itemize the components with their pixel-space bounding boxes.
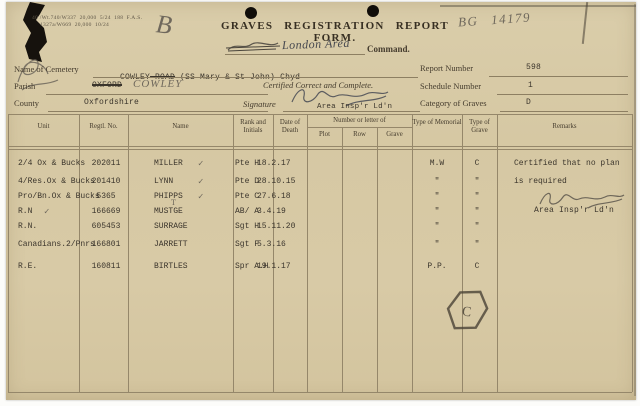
cell-regtl-no: 166801 xyxy=(78,240,134,249)
cell-rank: Pte D xyxy=(235,177,259,186)
table-row: R.N.605453SURRAGESgt H15.11.20"" xyxy=(8,222,632,236)
command-handwritten-value: London Area xyxy=(282,36,350,53)
cell-rank: Sgt H xyxy=(235,222,259,231)
cell-date: 15.11.20 xyxy=(257,222,295,231)
pencil-letter-b: B xyxy=(154,9,173,40)
header-regtl-no: Regtl. No. xyxy=(79,123,128,131)
header-rank: Rank and Initials xyxy=(233,119,273,135)
cell-regtl-no: 202011 xyxy=(78,159,134,168)
county-label: County xyxy=(14,98,39,108)
table-top-border xyxy=(8,114,632,115)
parish-underline xyxy=(46,94,268,95)
cell-rank: AB/ A xyxy=(235,207,259,216)
cell-remarks: Certified that no plan xyxy=(514,159,620,168)
schedule-number-label: Schedule Number xyxy=(420,81,481,91)
category-value: D xyxy=(526,98,531,107)
grid-line xyxy=(632,114,633,392)
punch-hole-icon xyxy=(367,5,379,17)
parish-label: Parish xyxy=(14,81,35,91)
scanned-form-page: 40 /Wt.740/W337 20,000 5/24 188 F.A.S. 1… xyxy=(0,0,640,406)
header-grave-type: Type of Grave xyxy=(462,119,497,135)
cell-memorial: M.W xyxy=(412,159,462,168)
report-number-label: Report Number xyxy=(420,63,473,73)
cell-regtl-no: 160811 xyxy=(78,262,134,271)
header-date: Date of Death xyxy=(273,119,307,135)
check-mark: ✓ xyxy=(198,177,203,187)
header-rule-2 xyxy=(8,149,632,150)
print-reference-line1: 40 /Wt.740/W337 20,000 5/24 188 F.A.S. xyxy=(32,15,142,21)
parish-struck-value: OXFORD xyxy=(92,81,122,90)
cell-name: PHIPPS xyxy=(154,192,183,201)
cell-unit: R.E. xyxy=(18,262,37,271)
cell-rank: Pte C xyxy=(235,192,259,201)
county-value: Oxfordshire xyxy=(84,98,139,107)
cell-grave-type: " xyxy=(458,222,496,231)
cell-name: SURRAGE xyxy=(154,222,188,231)
cell-grave-type: " xyxy=(458,240,496,249)
report-number-value: 598 xyxy=(526,63,541,72)
cell-date: 28.10.15 xyxy=(257,177,295,186)
signature-underline xyxy=(283,111,420,112)
cell-unit: 2/4 Ox & Bucks xyxy=(18,159,85,168)
area-inspector-remarks: Area Insp'r Ld'n xyxy=(534,206,614,215)
county-underline xyxy=(48,111,268,112)
paper-top-edge xyxy=(440,5,636,7)
cell-date: 3.4.19 xyxy=(257,207,286,216)
cell-name: JARRETT xyxy=(154,240,188,249)
area-inspector-typed: Area Insp'r Ld'n xyxy=(317,103,392,111)
header-unit: Unit xyxy=(8,123,79,131)
cell-rank: Sgt F xyxy=(235,240,259,249)
cell-regtl-no: 166669 xyxy=(78,207,134,216)
cell-date: 27.6.18 xyxy=(257,192,291,201)
parish-handwritten-value: COWLEY xyxy=(133,78,182,90)
category-underline xyxy=(500,111,628,112)
name-correction-letter: T xyxy=(171,198,176,207)
cell-name: LYNN xyxy=(154,177,173,186)
check-mark: ✓ xyxy=(198,192,203,202)
report-number-underline xyxy=(489,76,628,77)
print-reference-line2: 1327a/W669 20,000 10/24 xyxy=(40,22,109,28)
cell-grave-type: C xyxy=(458,262,496,271)
cell-name: BIRTLES xyxy=(154,262,188,271)
cell-grave-type: " xyxy=(458,207,496,216)
cell-memorial: " xyxy=(412,192,462,201)
cell-regtl-no: 5365 xyxy=(78,192,134,201)
header-remarks: Remarks xyxy=(497,123,632,131)
cell-memorial: P.P. xyxy=(412,262,462,271)
cell-memorial: " xyxy=(412,240,462,249)
category-label: Category of Graves xyxy=(420,98,487,108)
table-row: Canadians.2/Pnrs166801JARRETTSgt F5.3.16… xyxy=(8,240,632,254)
command-label: Command. xyxy=(367,44,410,54)
check-mark: ✓ xyxy=(44,207,49,217)
cell-name: MILLER xyxy=(154,159,183,168)
cell-regtl-no: 605453 xyxy=(78,222,134,231)
cell-remarks: is required xyxy=(514,177,567,186)
number-letter-divider xyxy=(307,127,412,128)
paper-right-edge xyxy=(634,4,636,396)
stamp-letter: C xyxy=(461,304,472,320)
cell-unit: R.N xyxy=(18,207,32,216)
punch-hole-icon xyxy=(245,7,257,19)
cell-unit: R.N. xyxy=(18,222,37,231)
signature-label: Signature xyxy=(243,99,276,109)
cell-memorial: " xyxy=(412,207,462,216)
header-plot: Plot xyxy=(307,131,342,139)
header-memorial: Type of Memorial xyxy=(412,119,462,127)
table-row: R.E.160811BIRTLESSpr A.H19.1.17P.P.C xyxy=(8,262,632,276)
cell-memorial: " xyxy=(412,222,462,231)
hexagon-stamp: C xyxy=(444,288,490,334)
cell-grave-type: " xyxy=(458,192,496,201)
header-number-letter: Number or letter of xyxy=(307,117,412,125)
cell-grave-type: C xyxy=(458,159,496,168)
header-rule-1 xyxy=(8,146,632,147)
table-bottom-border xyxy=(8,392,632,393)
check-mark: ✓ xyxy=(198,159,203,169)
table-row: 2/4 Ox & Bucks202011MILLER✓Pte H18.2.17M… xyxy=(8,159,632,173)
cell-date: 19.1.17 xyxy=(257,262,291,271)
header-grave: Grave xyxy=(377,131,412,139)
cemetery-label: Name of Cemetery xyxy=(14,64,79,74)
cell-grave-type: " xyxy=(458,177,496,186)
schedule-number-underline xyxy=(497,94,628,95)
cell-date: 5.3.16 xyxy=(257,240,286,249)
cell-rank: Pte H xyxy=(235,159,259,168)
schedule-number-value: 1 xyxy=(528,81,533,90)
command-underline xyxy=(225,54,365,55)
cell-date: 18.2.17 xyxy=(257,159,291,168)
cell-memorial: " xyxy=(412,177,462,186)
cell-regtl-no: 201410 xyxy=(78,177,134,186)
cell-name: MUSTGE xyxy=(154,207,183,216)
header-row: Row xyxy=(342,131,377,139)
header-name: Name xyxy=(128,123,233,131)
